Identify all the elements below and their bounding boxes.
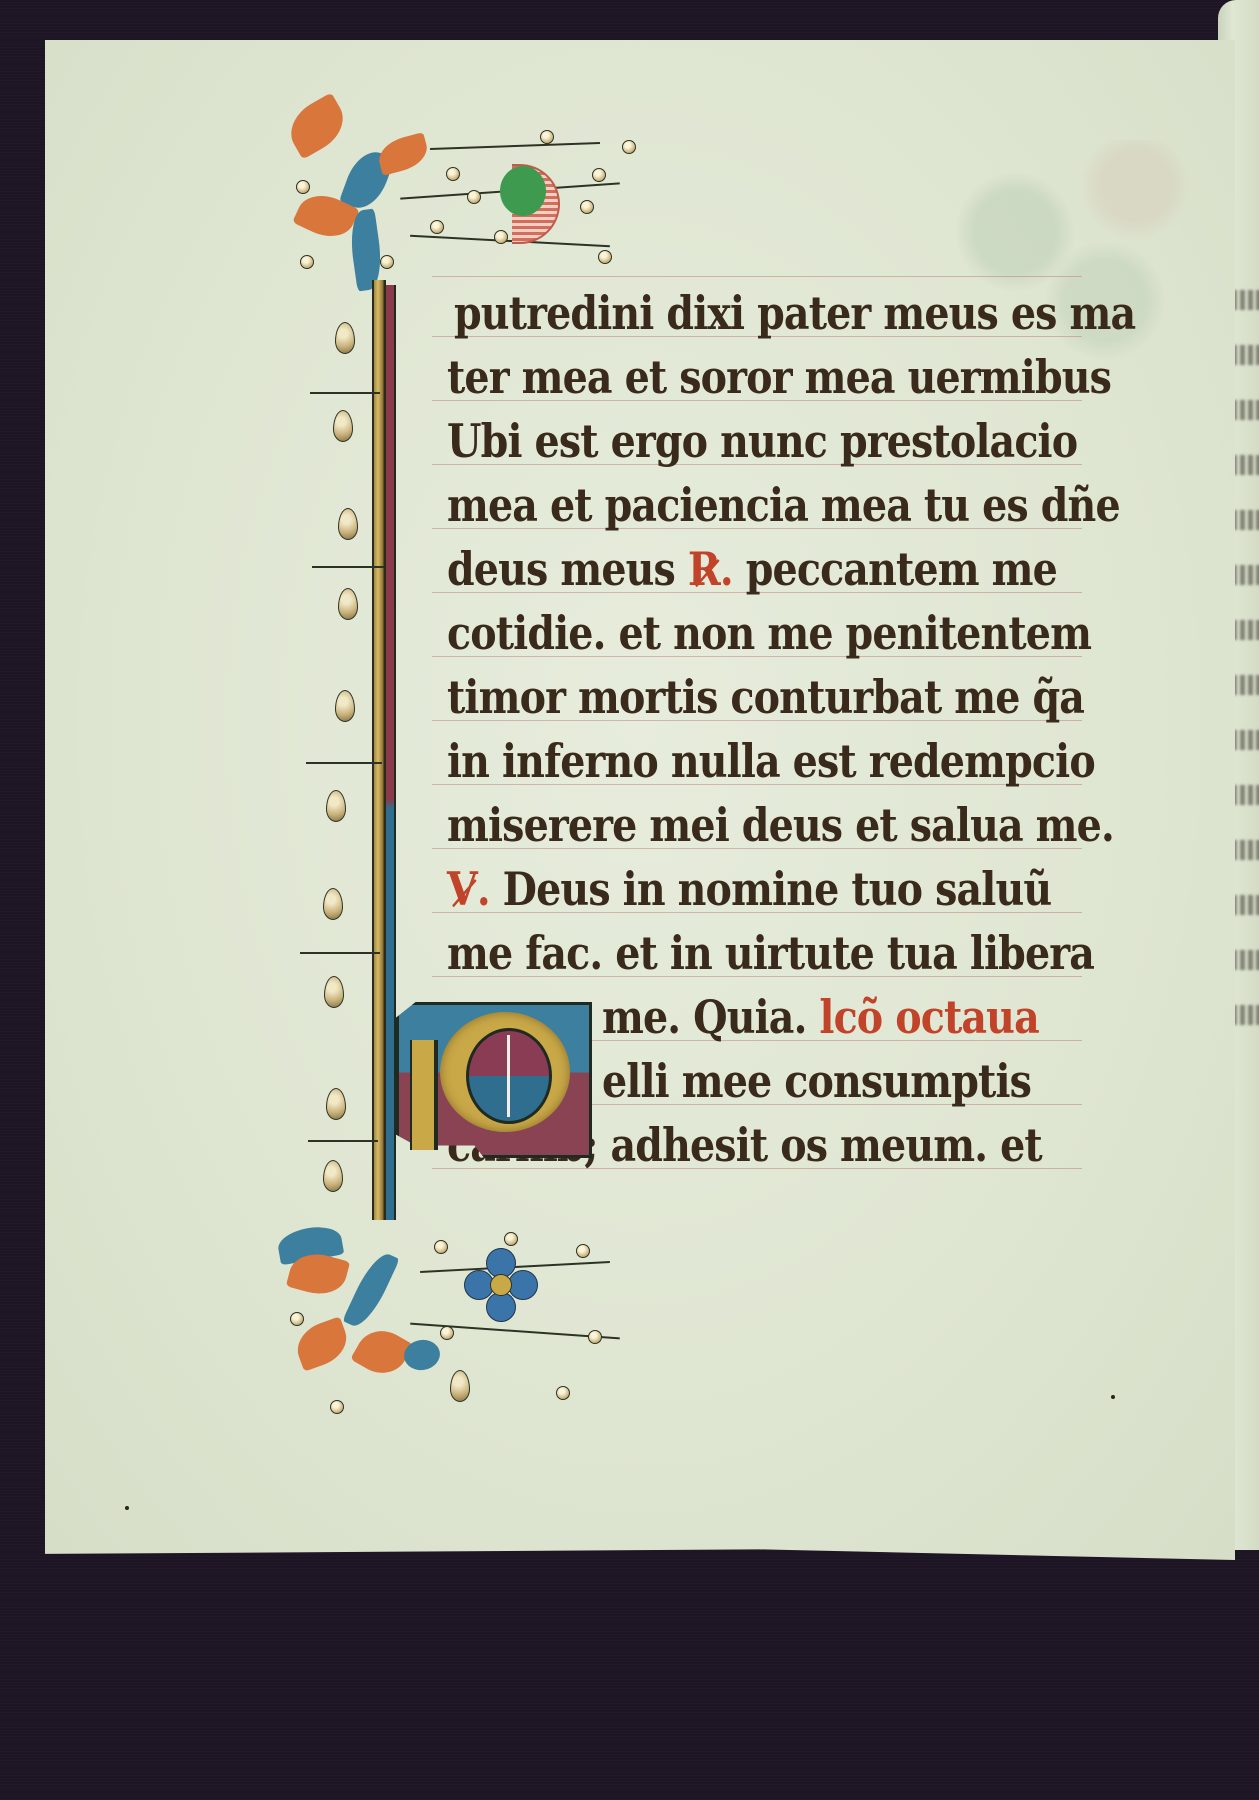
gold-bud-icon [333, 410, 353, 442]
text-line-4: mea et paciencia mea tu es dñe [447, 476, 1120, 534]
gold-bezant-icon [504, 1232, 518, 1246]
gold-bezant-icon [494, 230, 508, 244]
text-line-12: me. Quia. lcõ octaua [602, 988, 1039, 1046]
gold-bud-icon [338, 588, 358, 620]
gold-bezant-icon [576, 1244, 590, 1258]
gold-bezant-icon [380, 255, 394, 269]
gold-bezant-icon [300, 255, 314, 269]
initial-counter-pattern [466, 1028, 552, 1124]
gold-bezant-icon [434, 1240, 448, 1254]
gold-bezant-icon [290, 1312, 304, 1326]
gold-bezant-icon [540, 130, 554, 144]
gold-bezant-icon [592, 168, 606, 182]
gold-bud-icon [323, 1160, 343, 1192]
text-line-10: V̷. Deus in nomine tuo saluũ [447, 860, 1051, 918]
gold-bud-icon [326, 1088, 346, 1120]
gold-bud-icon [324, 976, 344, 1008]
lesson-heading: lcõ octaua [819, 990, 1038, 1044]
responsory-mark: R̷. [688, 542, 733, 596]
gold-bezant-icon [580, 200, 594, 214]
text-line-3: Ubi est ergo nunc prestolacio [447, 412, 1077, 470]
gold-bud-icon [323, 888, 343, 920]
gold-bezant-icon [446, 167, 460, 181]
blue-flower-icon [470, 1254, 530, 1314]
gold-bezant-icon [598, 250, 612, 264]
text-line-8: in inferno nulla est redempcio [447, 732, 1095, 790]
gold-bud-icon [335, 690, 355, 722]
initial-stem [410, 1040, 438, 1150]
gold-bud-icon [450, 1370, 470, 1402]
gold-bezant-icon [622, 140, 636, 154]
gold-border-bar [372, 280, 386, 1220]
text-line-5: deus meus R̷. peccantem me [447, 540, 1057, 598]
text-line-13: elli mee consumptis [602, 1052, 1031, 1110]
text-line-7: timor mortis conturbat me q̃a [447, 668, 1084, 726]
gold-bud-icon [326, 790, 346, 822]
gold-bezant-icon [556, 1386, 570, 1400]
gold-bezant-icon [588, 1330, 602, 1344]
gold-bud-icon [335, 322, 355, 354]
gold-bezant-icon [467, 190, 481, 204]
green-flower-icon [500, 166, 546, 216]
gold-bezant-icon [296, 180, 310, 194]
text-line-2: ter mea et soror mea uermibus [447, 348, 1111, 406]
gold-bezant-icon [440, 1326, 454, 1340]
text-line-11: me fac. et in uirtute tua libera [447, 924, 1094, 982]
versicle-mark: V̷. [447, 862, 490, 916]
text-line-6: cotidie. et non me penitentem [447, 604, 1091, 662]
colored-border-shaft [386, 285, 396, 1220]
text-line-9: miserere mei deus et salua me. [447, 796, 1114, 854]
text-line-1: putredini dixi pater meus es ma [454, 284, 1135, 342]
gold-bud-icon [338, 508, 358, 540]
gold-bezant-icon [330, 1400, 344, 1414]
gold-bezant-icon [430, 220, 444, 234]
